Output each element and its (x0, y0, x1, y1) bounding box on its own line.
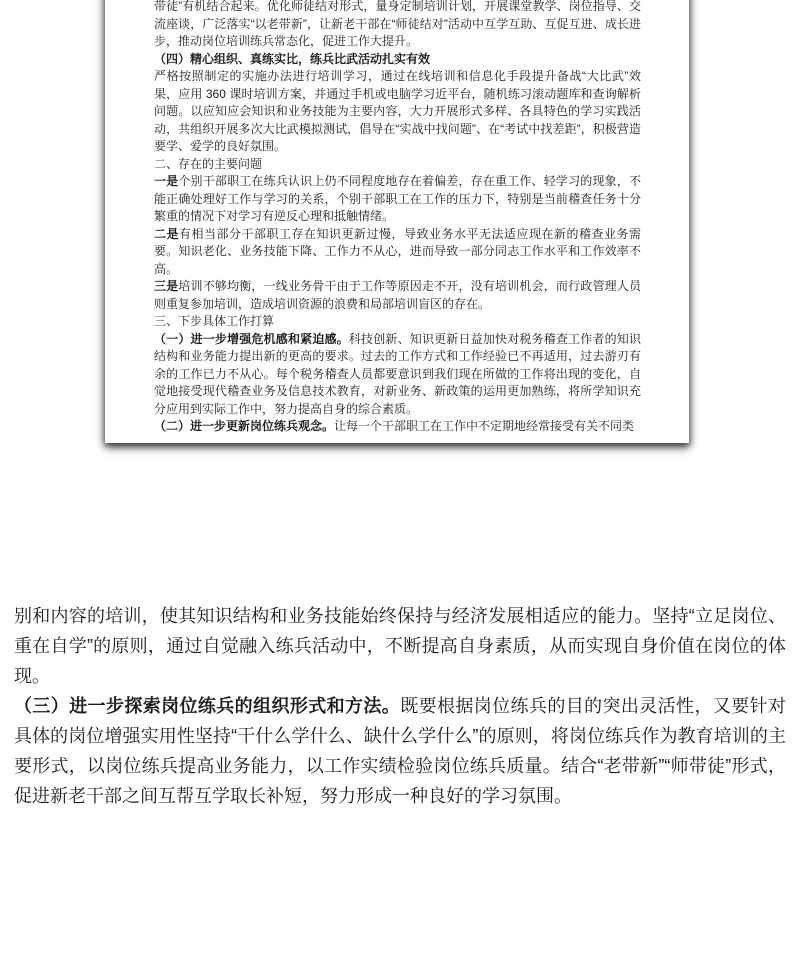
paragraph-lead-bold: （三）进一步探索岗位练兵的组织形式和方法。 (14, 696, 400, 716)
paragraph: 二是有相当部分干部职工存在知识更新过慢，导致业务水平无法适应现在新的稽查业务需要… (154, 226, 641, 279)
document-body-text: 别和内容的培训，使其知识结构和业务技能始终保持与经济发展相适应的能力。坚持“立足… (0, 601, 800, 811)
paragraph-lead-bold: 二是 (154, 227, 179, 241)
paragraph-lead-bold: 三是 (154, 279, 178, 293)
paragraph: 一是个别干部职工在练兵认识上仍不同程度地存在着偏差，存在重工作、轻学习的现象，不… (154, 173, 641, 226)
paragraph-lead-bold: （一）进一步增强危机感和紧迫感。 (154, 332, 349, 346)
document-preview-page: 带徒”有机结合起来。优化师徒结对形式，量身定制培训计划，开展课堂教学、岗位指导、… (105, 0, 689, 443)
paragraph: （一）进一步增强危机感和紧迫感。科技创新、知识更新日益加快对税务稽查工作者的知识… (154, 331, 641, 419)
paragraph: 带徒”有机结合起来。优化师徒结对形式，量身定制培训计划，开展课堂教学、岗位指导、… (154, 0, 641, 51)
paragraph: 三、下步具体工作打算 (154, 313, 641, 331)
paragraph: （四）精心组织、真练实比，练兵比武活动扎实有效 (154, 51, 641, 69)
paragraph-lead-bold: 一是 (154, 174, 178, 188)
paragraph: 严格按照制定的实施办法进行培训学习，通过在线培训和信息化手段提升备战“大比武”效… (154, 68, 641, 156)
paragraph: 二、存在的主要问题 (154, 156, 641, 174)
paragraph: （二）进一步更新岗位练兵观念。让每一个干部职工在工作中不定期地经常接受有关不同类 (154, 418, 641, 436)
paragraph-lead-bold: （四）精心组织、真练实比，练兵比武活动扎实有效 (154, 52, 430, 66)
paragraph: 三是培训不够均衡，一线业务骨干由于工作等原因走不开，没有培训机会，而行政管理人员… (154, 278, 641, 313)
paragraph: （三）进一步探索岗位练兵的组织形式和方法。既要根据岗位练兵的目的突出灵活性，又要… (14, 691, 786, 811)
paragraph: 别和内容的培训，使其知识结构和业务技能始终保持与经济发展相适应的能力。坚持“立足… (14, 601, 786, 691)
paragraph-lead-bold: （二）进一步更新岗位练兵观念。 (154, 419, 334, 433)
